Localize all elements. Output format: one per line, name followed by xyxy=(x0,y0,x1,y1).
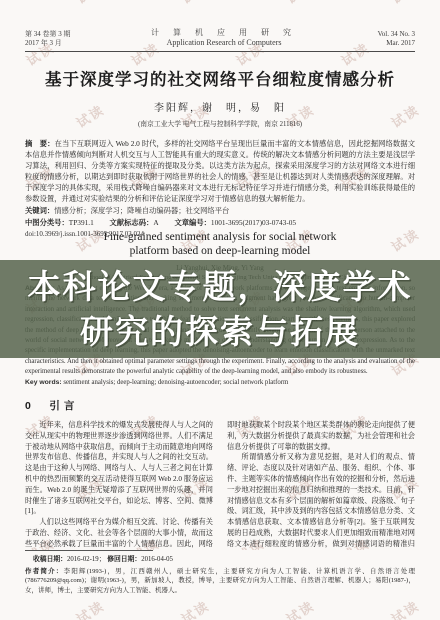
abstract-text: 在当下互联网迈入 Web 2.0 时代，多样的社交网络平台呈现出巨量而丰富的文本… xyxy=(25,139,415,203)
journal-name: 计 算 机 应 用 研 究 Application Research of Co… xyxy=(151,28,297,48)
watermark-stamp: 试读 xyxy=(0,595,3,620)
keywords-en-line: Key words: sentiment analysis; deep-lear… xyxy=(25,378,415,388)
right-paragraph-2: 所谓情感分析又称为意见挖掘，是对人们的观点、情绪、评论、态度以及针对诸如产品、服… xyxy=(227,452,415,548)
section-0-title: 0 引言 xyxy=(25,398,415,413)
keywords-en-label: Key words: xyxy=(25,379,62,386)
doc-code-label: 文献标志码： xyxy=(110,218,154,227)
author-bio: 作者简介：李阳辉(1993-)，男，江西赣州人，硕士研究生，主要研究方向为人工智… xyxy=(25,567,415,596)
two-column-body: 近年来，信息科学技术的爆发式发展使得人与人之间的交往从现实中的物理世界逐步渗透到… xyxy=(25,420,415,548)
journal-name-cn: 计 算 机 应 用 研 究 xyxy=(151,28,297,38)
issue-date-line: 2017 年 3 月 xyxy=(25,39,71,48)
clc-group: 中图分类号：TP391.1 xyxy=(25,218,94,227)
clc-label: 中图分类号： xyxy=(25,218,69,227)
journal-issue-en: Vol. 34 No. 3 Mar. 2017 xyxy=(378,30,415,48)
right-column: 即时地获取某个时段某个地区某类群体的舆论走向提供了便利，为大数据分析提供了最真实… xyxy=(227,420,415,548)
date-line: Mar. 2017 xyxy=(378,39,415,48)
received-value: 2016-02-19； xyxy=(67,556,106,563)
journal-page: 试读试读试读试读试读试读试读试读试读试读试读试读试读试读试读试读试读试读试读试读… xyxy=(0,0,440,620)
watermark-stamp: 试读 xyxy=(177,595,213,620)
title-en-line2: platform based on deep-learning model xyxy=(25,244,415,258)
revised-label: 修回日期： xyxy=(107,556,141,563)
footnote-separator xyxy=(25,550,153,551)
bio-text: 李阳辉(1993-)，男，江西赣州人，硕士研究生，主要研究方向为人工智能、计算机… xyxy=(25,568,415,594)
journal-issue-cn: 第 34 卷第 3 期 2017 年 3 月 xyxy=(25,30,71,48)
keywords-label: 关键词： xyxy=(25,206,54,215)
introduction-section: 0 引言 近年来，信息科学技术的爆发式发展使得人与人之间的交往从现实中的物理世界… xyxy=(25,398,415,548)
article-id-label: 文章编号： xyxy=(174,218,210,227)
abstract-label: 摘 要： xyxy=(25,139,55,148)
doc-code-value: A xyxy=(153,218,158,227)
received-label: 收稿日期： xyxy=(33,556,67,563)
banner-text-line2: 研究的探索与拓展 xyxy=(80,309,360,354)
watermark-stamp: 试读 xyxy=(72,595,108,620)
vol-line: Vol. 34 No. 3 xyxy=(378,30,415,39)
title-en-line1: Fine-grained sentiment analysis for soci… xyxy=(25,230,415,244)
left-column: 近年来，信息科学技术的爆发式发展使得人与人之间的交往从现实中的物理世界逐步渗透到… xyxy=(25,420,213,548)
right-paragraph-1: 即时地获取某个时段某个地区某类群体的舆论走向提供了便利，为大数据分析提供了最真实… xyxy=(227,420,415,452)
watermark-stamp: 试读 xyxy=(0,471,3,503)
bio-label: 作者简介： xyxy=(25,568,64,575)
page-content: 第 34 卷第 3 期 2017 年 3 月 计 算 机 应 用 研 究 App… xyxy=(25,0,415,239)
left-paragraph-2: 人们以这些网络平台为媒介相互交流、讨论、传播有关于政治、经济、文化、社会等各个层… xyxy=(25,517,213,548)
watermark-stamp: 试读 xyxy=(0,0,3,8)
keywords-cn-line: 关键词：情感分析；深度学习；降噪自动编码器；社交网络平台 xyxy=(25,205,415,216)
abstract-cn: 摘 要：在当下互联网迈入 Web 2.0 时代，多样的社交网络平台呈现出巨量而丰… xyxy=(25,138,415,204)
clc-value: TP391.1 xyxy=(69,218,94,227)
watermark-stamp: 试读 xyxy=(282,595,318,620)
keywords-en-text: sentiment analysis; deep-learning; denoi… xyxy=(63,379,288,386)
journal-header: 第 34 卷第 3 期 2017 年 3 月 计 算 机 应 用 研 究 App… xyxy=(25,0,415,52)
dates-line: 收稿日期：2016-02-19； 修回日期：2016-04-05 xyxy=(25,555,415,565)
paper-title-en: Fine-grained sentiment analysis for soci… xyxy=(25,230,415,258)
article-id-value: 1001-3695(2017)03-0743-05 xyxy=(211,218,296,227)
doc-code-group: 文献标志码：A xyxy=(110,218,159,227)
footnote-block: 收稿日期：2016-02-19； 修回日期：2016-04-05 作者简介：李阳… xyxy=(25,550,415,595)
paper-affiliation-cn: (南京工业大学 电气工程与控制科学学院，南京 211816) xyxy=(25,118,415,128)
watermark-stamp: 试读 xyxy=(0,223,3,255)
left-paragraph-1: 近年来，信息科学技术的爆发式发展使得人与人之间的交往从现实中的物理世界逐步渗透到… xyxy=(25,420,213,517)
journal-name-en: Application Research of Computers xyxy=(151,38,297,48)
watermark-stamp: 试读 xyxy=(387,595,423,620)
issue-volume-line: 第 34 卷第 3 期 xyxy=(25,30,71,39)
keywords-text: 情感分析；深度学习；降噪自动编码器；社交网络平台 xyxy=(54,206,229,215)
article-id-group: 文章编号：1001-3695(2017)03-0743-05 xyxy=(174,218,296,227)
revised-value: 2016-04-05 xyxy=(141,556,173,563)
banner-text-line1: 本科论文专题，深度学术 xyxy=(28,264,413,309)
promo-banner: 本科论文专题，深度学术 研究的探索与拓展 xyxy=(0,260,440,358)
paper-authors-cn: 李阳辉，谢 明，易 阳 xyxy=(25,99,415,114)
paper-title-cn: 基于深度学习的社交网络平台细粒度情感分析 xyxy=(25,66,415,90)
watermark-stamp: 试读 xyxy=(0,99,3,131)
classification-line: 中图分类号：TP391.1 文献标志码：A 文章编号：1001-3695(201… xyxy=(25,217,415,228)
